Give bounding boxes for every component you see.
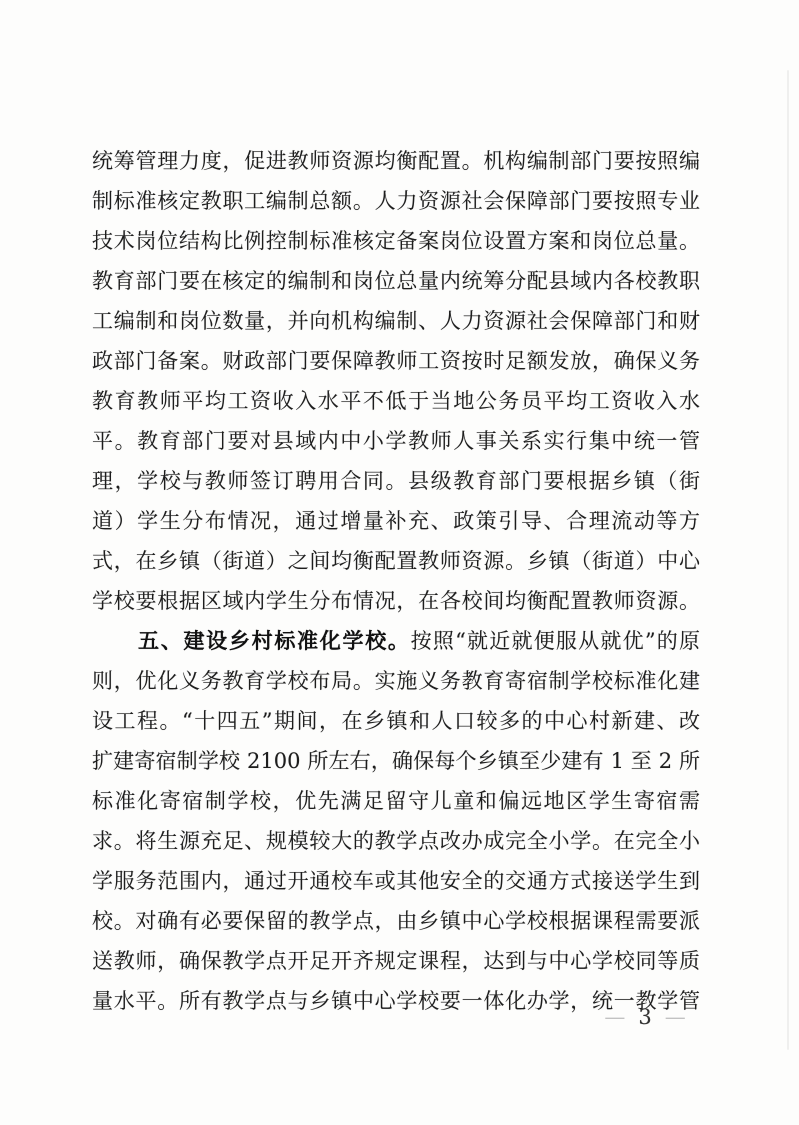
page-number: — 3 — <box>583 1001 707 1033</box>
scan-edge-shadow <box>787 70 789 1050</box>
section-heading: 五、建设乡村标准化学校。 <box>138 629 411 653</box>
text-line: 设工程。“十四五”期间，在乡镇和人口较多的中心村新建、改 <box>92 701 700 741</box>
text-line: 式，在乡镇（街道）之间均衡配置教师资源。乡镇（街道）中心 <box>92 541 700 581</box>
page-number-dash-left: — <box>604 1005 625 1029</box>
document-page: 统筹管理力度，促进教师资源均衡配置。机构编制部门要按照编 制标准核定教职工编制总… <box>0 0 799 1125</box>
text-line: 则，优化义务教育学校布局。实施义务教育寄宿制学校标准化建 <box>92 661 700 701</box>
text-line: 扩建寄宿制学校 2100 所左右，确保每个乡镇至少建有 1 至 2 所 <box>92 741 700 781</box>
text-line: 送教师，确保教学点开足开齐规定课程，达到与中心学校同等质 <box>92 941 700 981</box>
section-lead-text: 按照“就近就便服从就优”的原 <box>411 629 700 653</box>
text-line: 技术岗位结构比例控制标准核定备案岗位设置方案和岗位总量。 <box>92 221 700 261</box>
text-line: 标准化寄宿制学校，优先满足留守儿童和偏远地区学生寄宿需 <box>92 781 700 821</box>
page-number-value: 3 <box>638 1005 651 1029</box>
text-line: 学服务范围内，通过开通校车或其他安全的交通方式接送学生到 <box>92 861 700 901</box>
page-number-dash-right: — <box>665 1005 686 1029</box>
text-line: 教育教师平均工资收入水平不低于当地公务员平均工资收入水 <box>92 381 700 421</box>
text-line: 统筹管理力度，促进教师资源均衡配置。机构编制部门要按照编 <box>92 141 700 181</box>
text-line: 工编制和岗位数量，并向机构编制、人力资源社会保障部门和财 <box>92 301 700 341</box>
text-line: 政部门备案。财政部门要保障教师工资按时足额发放，确保义务 <box>92 341 700 381</box>
text-line: 平。教育部门要对县域内中小学教师人事关系实行集中统一管 <box>92 421 700 461</box>
text-line: 理，学校与教师签订聘用合同。县级教育部门要根据乡镇（街 <box>92 461 700 501</box>
text-line: 教育部门要在核定的编制和岗位总量内统筹分配县域内各校教职 <box>92 261 700 301</box>
text-line: 学校要根据区域内学生分布情况，在各校间均衡配置教师资源。 <box>92 581 700 621</box>
text-line: 道）学生分布情况，通过增量补充、政策引导、合理流动等方 <box>92 501 700 541</box>
text-line: 制标准核定教职工编制总额。人力资源社会保障部门要按照专业 <box>92 181 700 221</box>
text-line: 求。将生源充足、规模较大的教学点改办成完全小学。在完全小 <box>92 821 700 861</box>
text-line-section-start: 五、建设乡村标准化学校。按照“就近就便服从就优”的原 <box>92 621 700 661</box>
text-line: 校。对确有必要保留的教学点，由乡镇中心学校根据课程需要派 <box>92 901 700 941</box>
body-text: 统筹管理力度，促进教师资源均衡配置。机构编制部门要按照编 制标准核定教职工编制总… <box>92 141 700 1021</box>
